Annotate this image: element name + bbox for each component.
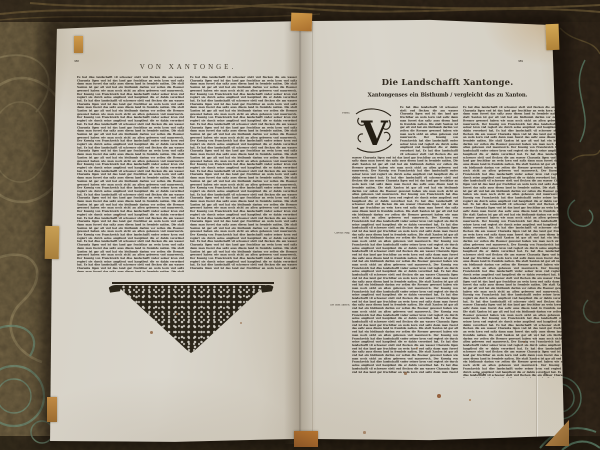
foxing-spot [150,331,153,334]
foxing-spot [117,215,119,217]
chapter-subtitle: Xantongenses ein Bisthumb / vergleicht d… [340,92,555,101]
tape-fragment-right-top [546,24,560,50]
foxing-spot [523,341,525,343]
margin-note-left: Die Statt Xanton. [310,304,350,322]
left-page: 388 VON XANTONGE. Es hat dise landschaff… [46,12,300,444]
woodcut-tailpiece-ornament [115,285,267,353]
right-page: Die Landschafft Xantonge. Xantongenses e… [300,12,572,448]
tailpiece-curl-right [260,285,274,294]
foxing-spot [437,394,441,398]
left-page-column-1: Es hat dise landschafft vil schoener ste… [77,76,184,272]
signature-mark: Fff ij [478,373,518,382]
tape-fragment-left-top [74,36,83,53]
foxing-spot [363,431,366,434]
photo-antique-book-bifolium: 388 VON XANTONGE. Es hat dise landschaff… [0,0,600,450]
tape-fragment-left-bottom [47,397,57,422]
tape-fragment-left-middle [45,226,60,259]
margin-note-left: Carolus Mag. [312,232,350,246]
foxing-spot [416,347,418,349]
running-header: VON XANTONGE. [76,63,300,71]
tailpiece-rule [112,282,274,284]
right-page-column-2: Es hat dise landschafft vil schoener ste… [463,106,567,378]
margin-note-left: Franci. [312,112,350,126]
tape-fragment-bottom-center [294,431,318,447]
svg-text:V: V [360,114,388,154]
woodcut-initial: V [352,108,397,155]
tape-fragment-top-center [291,13,313,32]
right-folio-number: 389 [518,60,544,70]
paper-crease [537,330,538,440]
foxing-spot [469,399,471,401]
foxing-spot [240,322,242,324]
foxing-spot [404,372,407,375]
foxing-spot [176,313,178,315]
left-page-column-2: Es hat dise landschafft vil schoener ste… [190,76,297,269]
chapter-title: Die Landschafft Xantonge. [340,78,555,88]
center-fold-shadow [284,12,316,444]
tailpiece-curl-left [108,285,122,294]
